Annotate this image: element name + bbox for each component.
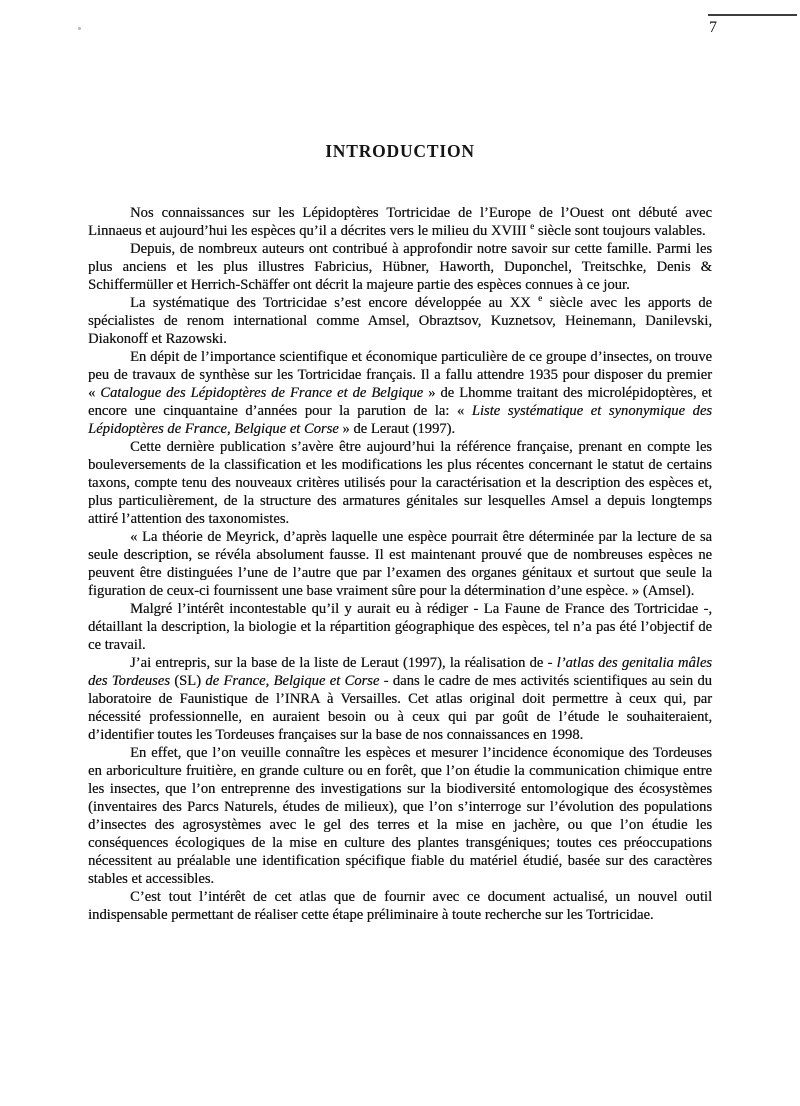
paragraph: Nos connaissances sur les Lépidoptères T… <box>88 204 712 240</box>
book-title-italic: Catalogue des Lépidoptères de France et … <box>100 385 423 401</box>
text-run: » de Leraut (1997). <box>339 421 455 437</box>
text-run: Malgré l’intérêt incontestable qu’il y a… <box>88 601 712 653</box>
header-rule <box>708 14 797 16</box>
text-run: C’est tout l’intérêt de cet atlas que de… <box>88 889 712 923</box>
paragraph: La systématique des Tortricidae s’est en… <box>88 294 712 348</box>
paragraph: En dépit de l’importance scientifique et… <box>88 348 712 438</box>
document-page: 7 INTRODUCTION Nos connaissances sur les… <box>0 0 800 1106</box>
paragraph: Cette dernière publication s’avère être … <box>88 438 712 528</box>
text-run: (SL) <box>170 673 205 689</box>
text-run: Cette dernière publication s’avère être … <box>88 439 712 527</box>
paragraph: J’ai entrepris, sur la base de la liste … <box>88 654 712 744</box>
paragraph: En effet, que l’on veuille connaître les… <box>88 744 712 888</box>
page-title: INTRODUCTION <box>0 141 800 162</box>
text-run: La systématique des Tortricidae s’est en… <box>130 295 538 311</box>
paragraph: C’est tout l’intérêt de cet atlas que de… <box>88 888 712 924</box>
paragraph: Depuis, de nombreux auteurs ont contribu… <box>88 240 712 294</box>
page-number: 7 <box>709 19 717 37</box>
text-run: J’ai entrepris, sur la base de la liste … <box>130 655 557 671</box>
body-text: Nos connaissances sur les Lépidoptères T… <box>88 204 712 924</box>
text-run: « La théorie de Meyrick, d’après laquell… <box>88 529 712 599</box>
text-run: siècle sont toujours valables. <box>534 223 705 239</box>
scan-speck <box>78 27 81 30</box>
book-title-italic: de France, Belgique et Corse <box>205 673 379 689</box>
text-run: En effet, que l’on veuille connaître les… <box>88 745 712 887</box>
text-run: Depuis, de nombreux auteurs ont contribu… <box>88 241 712 293</box>
paragraph: « La théorie de Meyrick, d’après laquell… <box>88 528 712 600</box>
paragraph: Malgré l’intérêt incontestable qu’il y a… <box>88 600 712 654</box>
